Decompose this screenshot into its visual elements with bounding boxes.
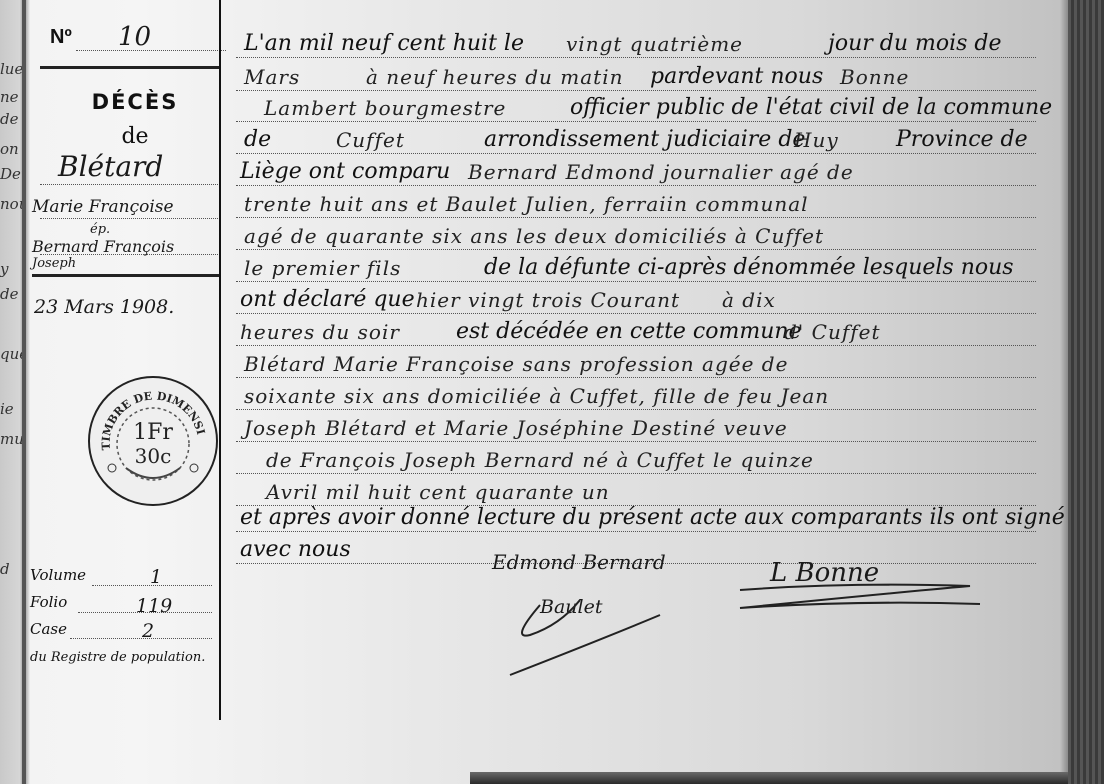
record-line: Marsà neuf heures du matinpardevant nous… [236, 63, 1036, 93]
record-line: heures du soirest décédée en cette commu… [236, 318, 1036, 348]
printed-text: Province de [896, 127, 1028, 152]
page-stack-edge [1068, 0, 1104, 784]
record-line: Liège ont comparuBernard Edmond journali… [236, 158, 1036, 188]
handwritten-entry: Cuffet [336, 128, 405, 152]
dotted-line [236, 345, 1036, 346]
register-footer: du Registre de population. [30, 650, 205, 665]
deces-de: de [70, 124, 200, 149]
printed-text: est décédée en cette commune [456, 319, 802, 344]
handwritten-entry: hier vingt trois Courant [416, 288, 680, 312]
dotted-line [236, 531, 1036, 532]
dotted-line [236, 90, 1036, 91]
dotted-line [236, 153, 1036, 154]
dotted-line [236, 409, 1036, 410]
dotted-line [236, 121, 1036, 122]
officer-paraph-icon [730, 578, 990, 618]
record-line: L'an mil neuf cent huit levingt quatrièm… [236, 30, 1036, 60]
scanned-register-page: luenede onDeunous ydeque iemued Nº 10 DÉ… [0, 0, 1104, 784]
record-line: de François Joseph Bernard né à Cuffet l… [236, 446, 1036, 476]
stamp-value-francs: 1Fr [90, 420, 216, 445]
handwritten-entry: de François Joseph Bernard né à Cuffet l… [266, 448, 814, 472]
page-bottom-shadow [470, 772, 1104, 784]
record-number-value: 10 [118, 22, 151, 52]
handwritten-entry: d' Cuffet [784, 320, 881, 344]
record-line: trente huit ans et Baulet Julien, ferrai… [236, 190, 1036, 220]
record-line: et après avoir donné lecture du présent … [236, 504, 1036, 534]
dotted-line [70, 638, 212, 639]
handwritten-entry: Blétard Marie Françoise sans profession … [244, 352, 788, 376]
divider-rule [40, 66, 220, 69]
tax-stamp: TIMBRE DE DIMENSION 1Fr 30c [88, 376, 218, 506]
deces-heading: DÉCÈS [70, 90, 200, 114]
record-line: Joseph Blétard et Marie Joséphine Destin… [236, 414, 1036, 444]
dotted-line [236, 57, 1036, 58]
dotted-line [40, 184, 220, 185]
record-line: le premier filsde la défunte ci-après dé… [236, 254, 1036, 284]
margin-column: Nº 10 DÉCÈS de Blétard Marie Françoise é… [30, 0, 220, 720]
handwritten-entry: soixante six ans domiciliée à Cuffet, fi… [244, 384, 829, 408]
handwritten-entry: Avril mil huit cent quarante un [266, 480, 610, 504]
volume-value: 1 [150, 566, 162, 588]
record-line: agé de quarante six ans les deux domicil… [236, 222, 1036, 252]
dotted-line [40, 254, 220, 255]
volume-label: Volume [30, 566, 86, 584]
dotted-line [236, 217, 1036, 218]
handwritten-entry: à neuf heures du matin [366, 65, 624, 89]
record-line: deCuffetarrondissement judiciaire deHuyP… [236, 126, 1036, 156]
folio-value: 119 [136, 595, 172, 617]
dotted-line [236, 441, 1036, 442]
dotted-line [236, 473, 1036, 474]
handwritten-entry: Lambert bourgmestre [264, 96, 506, 120]
deceased-surname: Blétard [58, 150, 163, 183]
case-label: Case [30, 620, 67, 638]
printed-text: et après avoir donné lecture du présent … [240, 505, 1065, 530]
epouse-abbrev: ép. [90, 222, 110, 237]
printed-text: Liège ont comparu [240, 159, 450, 184]
dotted-line [236, 313, 1036, 314]
divider-rule [32, 274, 220, 277]
printed-text: ont déclaré que [240, 287, 415, 312]
printed-text: L'an mil neuf cent huit le [244, 31, 524, 56]
handwritten-entry: agé de quarante six ans les deux domicil… [244, 224, 824, 248]
printed-text: officier public de l'état civil de la co… [570, 95, 1052, 120]
handwritten-entry: Bonne [840, 65, 909, 89]
spouse-name-2: Joseph [32, 256, 76, 271]
record-number-row: Nº 10 [40, 22, 220, 52]
record-line: Blétard Marie Françoise sans profession … [236, 350, 1036, 380]
record-number-label: Nº [50, 26, 72, 49]
case-value: 2 [142, 620, 154, 642]
printed-text: arrondissement judiciaire de [484, 127, 805, 152]
printed-text: de [244, 127, 271, 152]
death-date: 23 Mars 1908. [34, 296, 174, 318]
printed-text: avec nous [240, 537, 351, 562]
dotted-line [236, 281, 1036, 282]
dotted-line [76, 50, 226, 51]
previous-page-edge: luenede onDeunous ydeque iemued [0, 0, 24, 784]
handwritten-entry: Huy [794, 128, 839, 152]
record-line: soixante six ans domiciliée à Cuffet, fi… [236, 382, 1036, 412]
margin-divider [219, 0, 221, 720]
dotted-line [236, 377, 1036, 378]
printed-text: de la défunte ci-après dénommée lesquels… [484, 255, 1014, 280]
deceased-given-names: Marie Françoise [32, 197, 174, 217]
folio-label: Folio [30, 593, 67, 611]
dotted-line [236, 249, 1036, 250]
handwritten-entry: vingt quatrième [566, 32, 743, 56]
dotted-line [40, 218, 220, 219]
stamp-value-centimes: 30c [90, 444, 216, 468]
signature-edmond-bernard: Edmond Bernard [492, 550, 666, 574]
handwritten-entry: à dix [722, 288, 776, 312]
signature-flourish-icon [500, 580, 680, 680]
dotted-line [236, 185, 1036, 186]
record-line: ont déclaré quehier vingt trois Courantà… [236, 286, 1036, 316]
handwritten-entry: trente huit ans et Baulet Julien, ferrai… [244, 192, 809, 216]
handwritten-entry: le premier fils [244, 256, 401, 280]
handwritten-entry: Bernard Edmond journalier agé de [468, 160, 854, 184]
handwritten-entry: Joseph Blétard et Marie Joséphine Destin… [244, 416, 788, 440]
printed-text: pardevant nous [650, 64, 823, 89]
book-spine [22, 0, 26, 784]
handwritten-entry: Mars [244, 65, 300, 89]
handwritten-entry: heures du soir [240, 320, 400, 344]
printed-text: jour du mois de [828, 31, 1002, 56]
record-line: Lambert bourgmestreofficier public de l'… [236, 94, 1036, 124]
